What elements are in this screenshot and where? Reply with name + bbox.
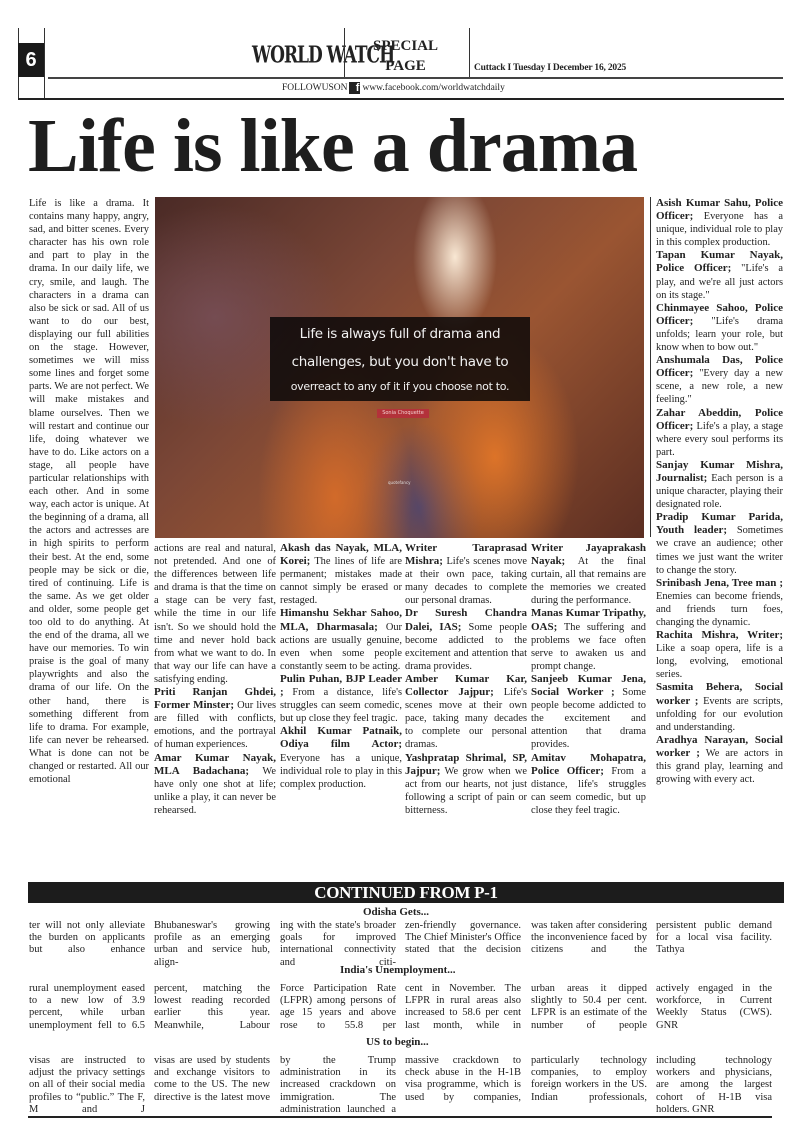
quote-line: overreact to any of it if you choose not…: [274, 376, 526, 398]
quote-speaker: Akhil Kumar Patnaik, Odiya film Actor;: [280, 725, 402, 750]
quote-item: Chinmayee Sahoo, Police Officer; "Life's…: [656, 302, 783, 354]
quote-item: Writer Taraprasad Mishra; Life's scenes …: [405, 542, 527, 607]
story-column: Bhubaneswar's growing profile as an emer…: [154, 920, 270, 969]
divider: [44, 28, 45, 99]
article-body: actions are real and natural, not preten…: [154, 542, 276, 686]
article-column-5: Writer Jayaprakash Nayak; At the final c…: [531, 542, 646, 817]
article-column-2: actions are real and natural, not preten…: [154, 542, 276, 817]
quote-item: Amitav Mohapatra, Police Officer; From a…: [531, 752, 646, 817]
quote-line: Life is always full of drama and: [274, 320, 526, 348]
quote-speaker: Srinibash Jena, Tree man ;: [656, 577, 783, 589]
quote-item: Aradhya Narayan, Social worker ; We are …: [656, 734, 783, 786]
quote-item: Zahar Abeddin, Police Officer; Life's a …: [656, 407, 783, 459]
story-column: persistent public demand for a local vis…: [656, 920, 772, 957]
photo-quote: Life is always full of drama and challen…: [270, 317, 530, 401]
story-column: visas are used by students and exchange …: [154, 1055, 270, 1104]
quote-item: Sasmita Behera, Social worker ; Events a…: [656, 681, 783, 733]
quote-item: Srinibash Jena, Tree man ; Enemies can b…: [656, 577, 783, 629]
masthead-rule: [48, 77, 783, 79]
story-column: percent, matching the lowest reading rec…: [154, 983, 270, 1032]
section-label-line-1: SPECIAL: [363, 36, 448, 56]
story-column: particularly technology companies, to em…: [531, 1055, 647, 1104]
quote-item: Writer Jayaprakash Nayak; At the final c…: [531, 542, 646, 607]
quote-item: Anshumala Das, Police Officer; "Every da…: [656, 354, 783, 406]
page-bottom-rule: [28, 1116, 772, 1118]
quote-text: From a distance, life's struggles can se…: [280, 687, 402, 724]
story-title-us-visa[interactable]: US to begin...: [366, 1036, 429, 1048]
divider: [344, 28, 345, 78]
story-column: urban areas it dipped slightly to 50.4 p…: [531, 983, 647, 1032]
story-column: zen-friendly governance. The Chief Minis…: [405, 920, 521, 957]
masthead-rule: [18, 98, 784, 100]
story-column: rural unemployment eased to a new low of…: [29, 983, 145, 1032]
story-column: Force Participation Rate (LFPR) among pe…: [280, 983, 396, 1032]
section-label-line-2: PAGE: [363, 56, 448, 76]
quote-item: Pradip Kumar Parida, Youth leader; Somet…: [656, 511, 783, 576]
continued-banner: CONTINUED FROM P-1: [28, 882, 784, 903]
quote-item: Himanshu Sekhar Sahoo, MLA, Dharmasala; …: [280, 607, 402, 672]
quote-item: Amar Kumar Nayak, MLA Badachana; We have…: [154, 752, 276, 817]
quote-item: Akhil Kumar Patnaik, Odiya film Actor; E…: [280, 725, 402, 790]
facebook-link[interactable]: www.facebook.com/worldwatchdaily: [362, 83, 504, 93]
article-column-1: Life is like a drama. It contains many h…: [29, 197, 149, 786]
quote-item: Akash das Nayak, MLA, Korei; The lines o…: [280, 542, 402, 607]
story-column: ing with the state's broader goals for i…: [280, 920, 396, 969]
quote-text: Everyone has a unique, individual role t…: [280, 753, 402, 790]
masthead: 6 WORLD WATCH SPECIAL PAGE Cuttack I Tue…: [18, 28, 784, 100]
story-column: actively engaged in the workforce, in Cu…: [656, 983, 772, 1032]
story-column: visas are instructed to adjust the priva…: [29, 1055, 145, 1116]
page-number: 6: [18, 43, 44, 77]
article-column-4: Writer Taraprasad Mishra; Life's scenes …: [405, 542, 527, 817]
story-title-unemployment[interactable]: India's Unemployment...: [340, 964, 456, 976]
divider: [469, 28, 470, 78]
page-title: Life is like a drama: [28, 104, 778, 188]
quote-photo: Life is always full of drama and challen…: [155, 197, 644, 538]
follow-label: FOLLOWUSON: [282, 83, 347, 93]
quote-item: Yashpratap Shrimal, SP, Jajpur; We grow …: [405, 752, 527, 817]
quote-line: challenges, but you don't have to: [274, 348, 526, 376]
quote-item: Sanjeeb Kumar Jena, Social Worker ; Some…: [531, 673, 646, 752]
quote-text: Like a soap opera, life is a long, evolv…: [656, 643, 783, 680]
story-column: cent in November. The LFPR in rural area…: [405, 983, 521, 1032]
quote-item: Priti Ranjan Ghdei, Former Minster; Our …: [154, 686, 276, 751]
quote-item: Tapan Kumar Nayak, Police Officer; "Life…: [656, 249, 783, 301]
quote-speaker: Rachita Mishra, Writer;: [656, 629, 783, 641]
story-column: was taken after considering the inconven…: [531, 920, 647, 957]
story-title-odisha[interactable]: Odisha Gets...: [363, 906, 429, 918]
section-label: SPECIAL PAGE: [363, 36, 448, 76]
article-column-3: Akash das Nayak, MLA, Korei; The lines o…: [280, 542, 402, 791]
watermark: quotefancy: [388, 480, 418, 487]
story-column: by the Trump administration in its incre…: [280, 1055, 396, 1116]
quote-item: Rachita Mishra, Writer; Like a soap oper…: [656, 629, 783, 681]
quote-item: Pulin Puhan, BJP Leader ; From a distanc…: [280, 673, 402, 725]
social-follow: FOLLOWUSON f www.facebook.com/worldwatch…: [282, 82, 505, 94]
quote-item: Sanjay Kumar Mishra, Journalist; Each pe…: [656, 459, 783, 511]
quote-item: Asish Kumar Sahu, Police Officer; Everyo…: [656, 197, 783, 249]
article-column-6: Asish Kumar Sahu, Police Officer; Everyo…: [656, 197, 783, 786]
quote-text: Enemies can become friends, and friends …: [656, 591, 783, 628]
quote-author-tag: Sonia Choquette: [377, 409, 429, 418]
article-intro: Life is like a drama. It contains many h…: [29, 197, 149, 786]
story-column: massive crackdown to check abuse in the …: [405, 1055, 521, 1104]
facebook-icon: f: [349, 82, 360, 94]
quote-item: Manas Kumar Tripathy, OAS; The suffering…: [531, 607, 646, 672]
dateline: Cuttack I Tuesday I December 16, 2025: [474, 63, 626, 73]
quote-item: Dr Suresh Chandra Dalei, IAS; Some peopl…: [405, 607, 527, 672]
story-column: including technology workers and physici…: [656, 1055, 772, 1116]
column-divider: [650, 197, 651, 537]
quote-item: Amber Kumar Kar, Collector Jajpur; Life'…: [405, 673, 527, 752]
story-column: ter will not only alleviate the burden o…: [29, 920, 145, 957]
